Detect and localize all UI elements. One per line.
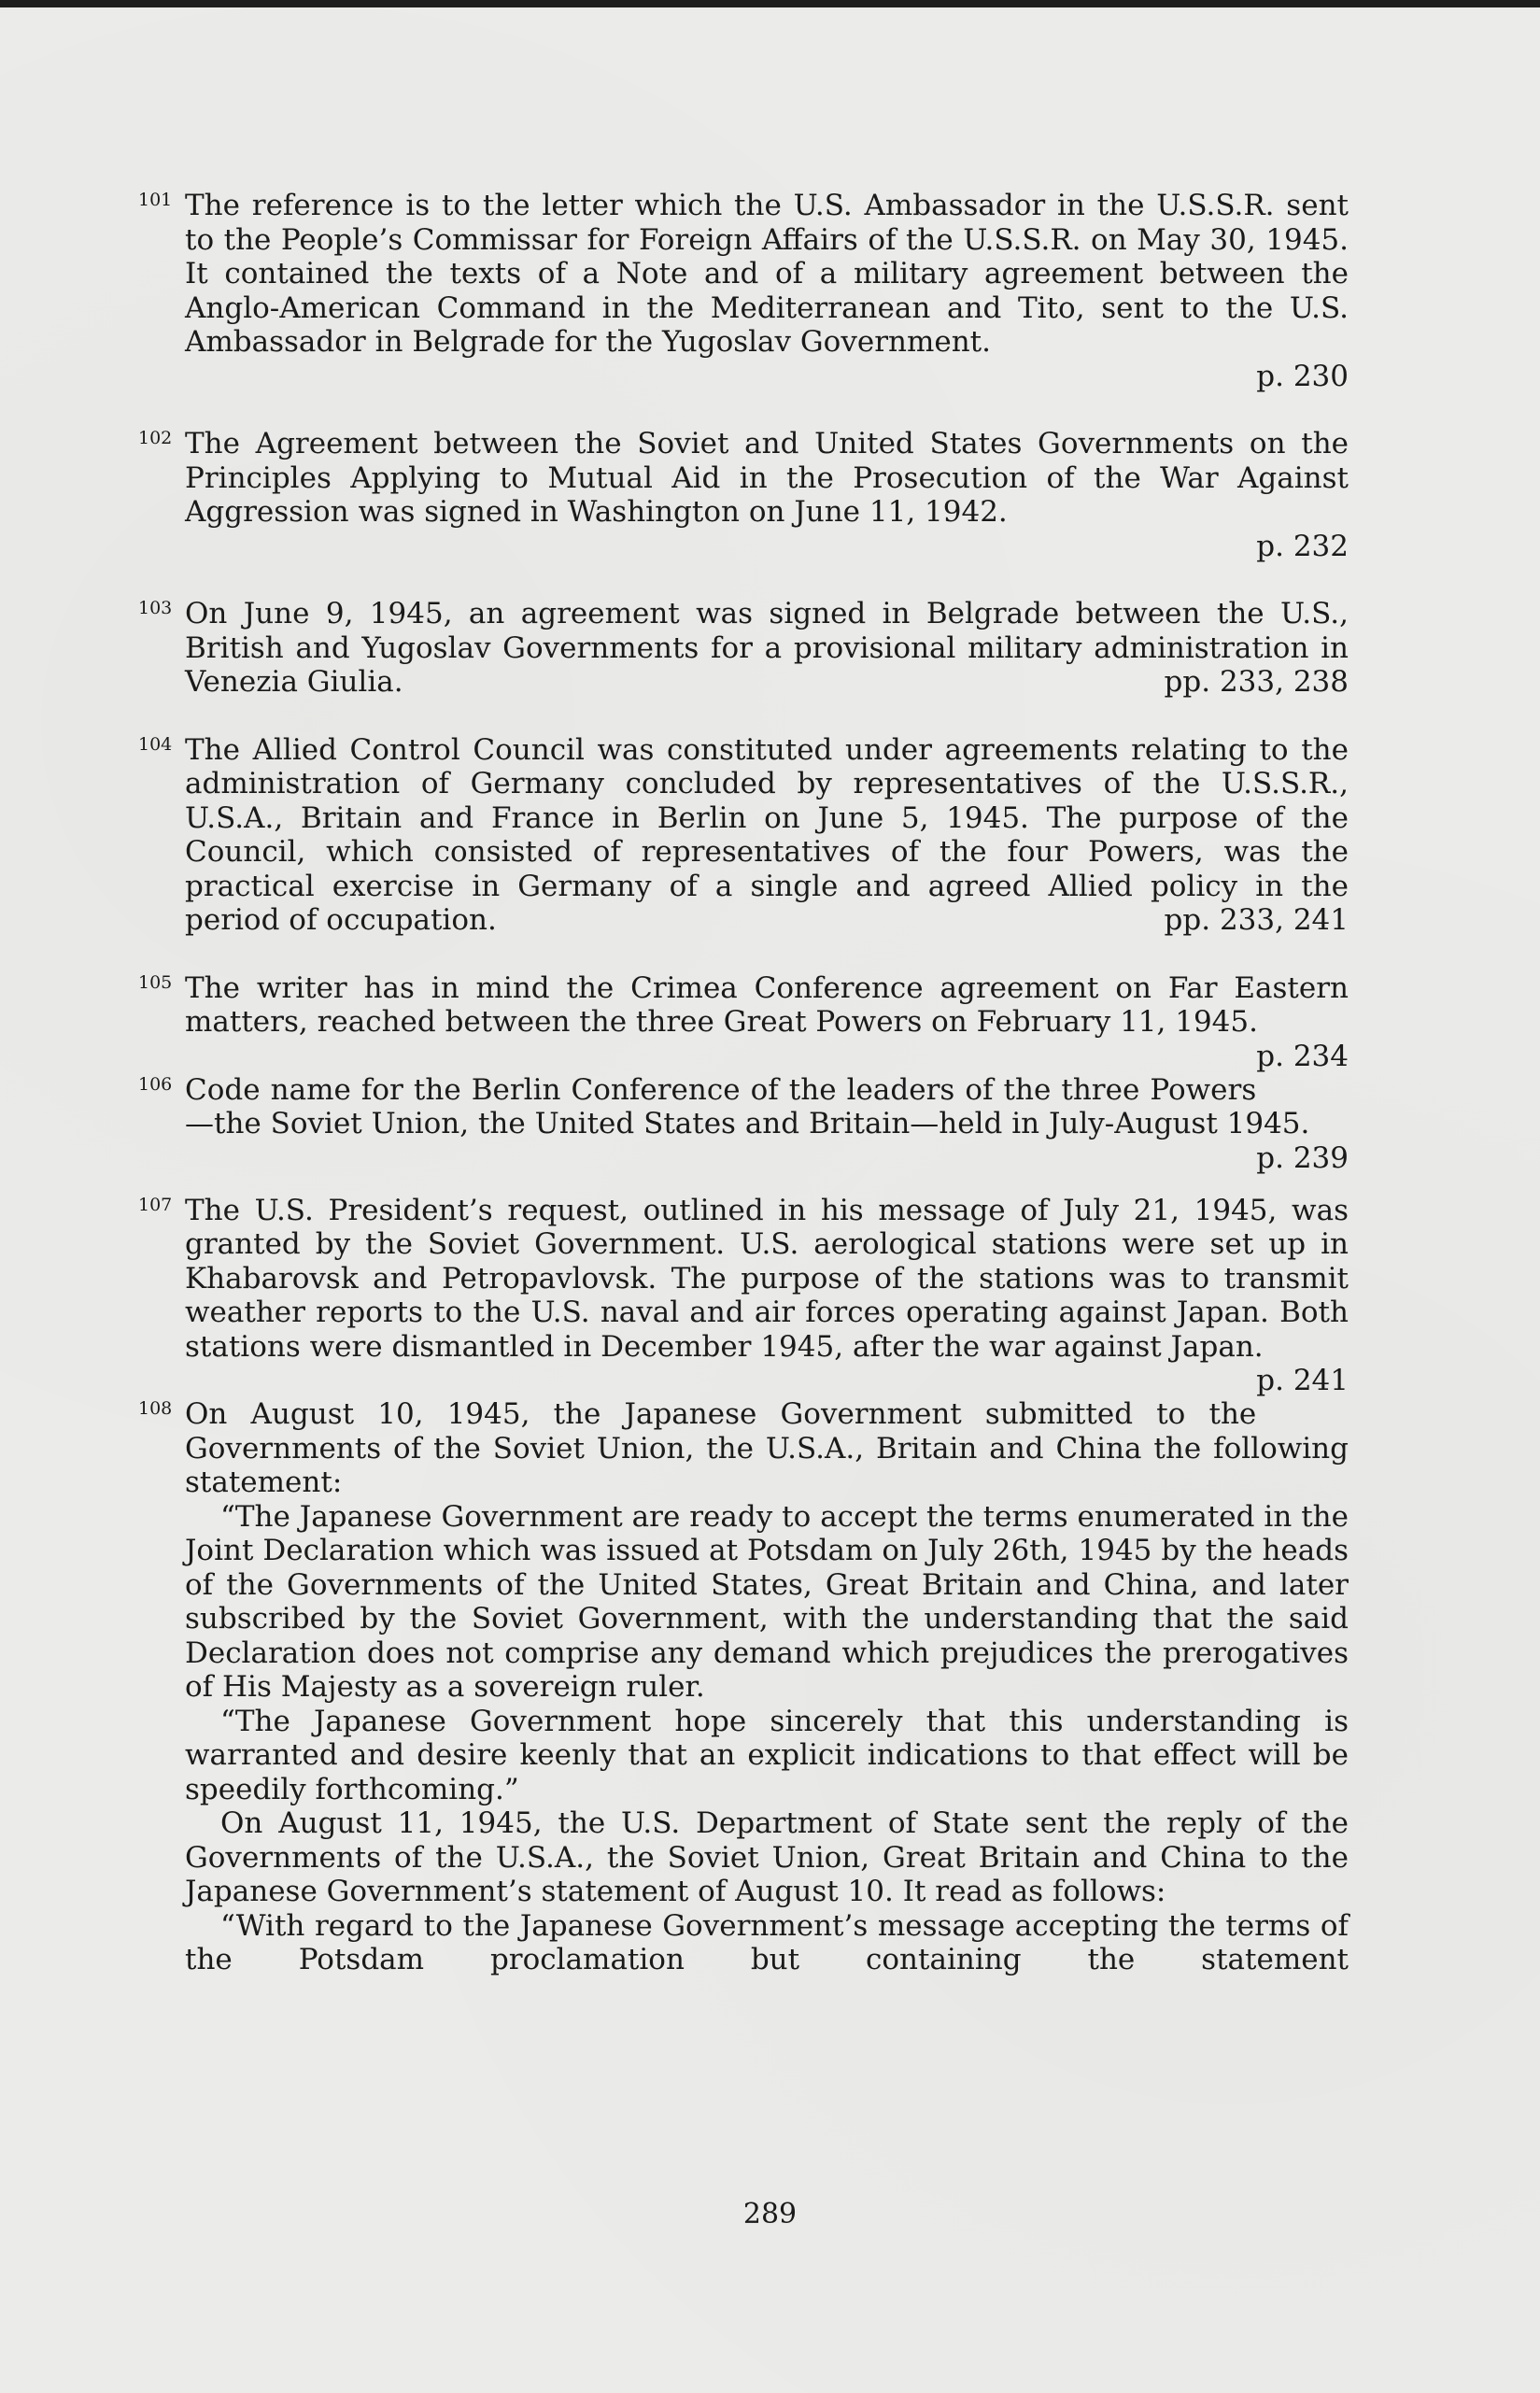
note-text: The reference is to the letter which the… [185, 189, 1349, 360]
note-text: Code name for the Berlin Conference of t… [185, 1073, 1349, 1141]
quoted-statement: “The Japanese Government are ready to ac… [185, 1500, 1349, 1705]
page-reference: p. 234 [1256, 1040, 1349, 1074]
note-text: On June 9, 1945, an agreement was signed… [185, 597, 1349, 700]
note-number: 104 [138, 735, 172, 754]
endnote-105: 105 The writer has in mind the Crimea Co… [138, 971, 1349, 1040]
quoted-reply: “With regard to the Japanese Government’… [185, 1909, 1349, 1977]
note-text: The writer has in mind the Crimea Confer… [185, 971, 1349, 1040]
note-text: On August 11, 1945, the U.S. Department … [185, 1806, 1349, 1909]
endnote-108: 108 On August 10, 1945, the Japanese Gov… [138, 1397, 1349, 1977]
book-page: 101 The reference is to the letter which… [0, 7, 1540, 2393]
endnote-102: 102 The Agreement between the Soviet and… [138, 427, 1349, 563]
quoted-statement: “The Japanese Government hope sincerely … [185, 1705, 1349, 1807]
note-text: The U.S. President’s request, outlined i… [185, 1194, 1349, 1365]
page-reference: p. 239 [1256, 1141, 1349, 1176]
endnote-106: 106 Code name for the Berlin Conference … [138, 1073, 1349, 1141]
note-text: The Allied Control Council was constitut… [185, 733, 1349, 938]
endnote-101: 101 The reference is to the letter which… [138, 189, 1349, 393]
note-text-body: The writer has in mind the Crimea Confer… [185, 971, 1349, 1040]
endnote-103: 103 On June 9, 1945, an agreement was si… [138, 597, 1349, 700]
endnote-107: 107 The U.S. President’s request, outlin… [138, 1194, 1349, 1365]
note-number: 101 [138, 191, 172, 209]
page-reference: pp. 233, 238 [1165, 665, 1349, 700]
note-number: 102 [138, 429, 172, 447]
note-text: The Agreement between the Soviet and Uni… [185, 427, 1349, 530]
note-number: 106 [138, 1075, 172, 1094]
note-number: 107 [138, 1196, 172, 1214]
note-text-body: Code name for the Berlin Conference of t… [185, 1073, 1309, 1141]
page-reference: p. 241 [1256, 1364, 1349, 1398]
endnotes-list: 101 The reference is to the letter which… [138, 189, 1349, 2011]
note-text-body: The U.S. President’s request, outlined i… [185, 1194, 1349, 1364]
note-number: 105 [138, 973, 172, 992]
page-number: 289 [0, 2198, 1540, 2230]
page-reference: p. 230 [185, 360, 1349, 394]
page-reference: p. 232 [185, 530, 1349, 564]
note-text: On August 10, 1945, the Japanese Governm… [185, 1397, 1349, 1500]
note-number: 103 [138, 599, 172, 617]
page-reference: pp. 233, 241 [1165, 903, 1349, 938]
endnote-104: 104 The Allied Control Council was const… [138, 733, 1349, 938]
note-number: 108 [138, 1399, 172, 1418]
